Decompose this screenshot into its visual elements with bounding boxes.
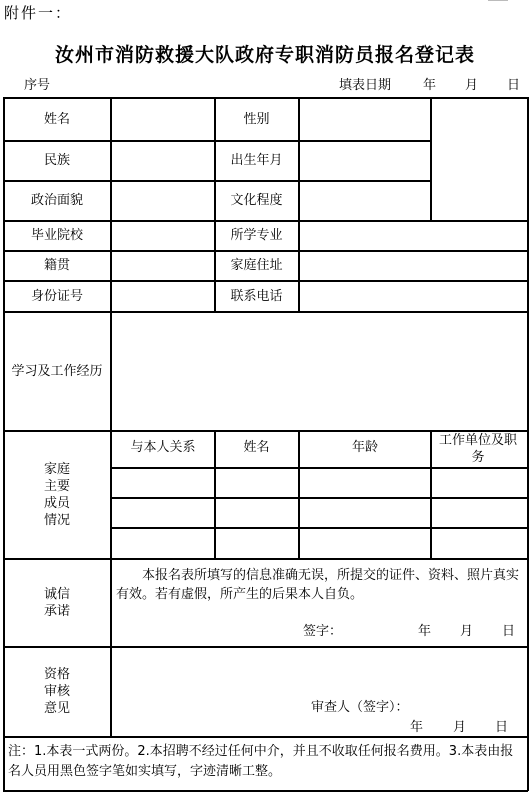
school-field[interactable] [112,221,214,250]
family-row-2-relation[interactable] [112,498,214,527]
experience-field[interactable] [112,312,527,430]
label-address: 家庭住址 [215,251,298,280]
birth-field[interactable] [300,141,430,180]
family-row-1-relation[interactable] [112,468,214,497]
pledge-month: 月 [460,620,473,639]
id-number-field[interactable] [112,281,214,311]
family-col-age: 年龄 [300,431,430,467]
family-label-line: 成员 [44,495,70,512]
family-col-work: 工作单位及职务 [438,431,518,467]
label-experience: 学习及工作经历 [8,312,106,430]
label-education: 文化程度 [215,181,298,220]
family-row-2-work[interactable] [432,498,527,527]
label-name: 姓名 [4,98,110,140]
family-row-2-name[interactable] [215,498,298,527]
family-label-line: 主要 [44,478,70,495]
family-row-1-work[interactable] [432,468,527,497]
reviewer-label: 审查人（签字）： [311,696,409,715]
review-year: 年 [410,716,423,735]
family-col-name: 姓名 [215,431,298,467]
address-field[interactable] [300,251,527,280]
table-border-bottom [3,790,528,792]
family-row-3-work[interactable] [432,528,527,558]
label-phone: 联系电话 [215,281,298,311]
form-title: 汝州市消防救援大队政府专职消防员报名登记表 [0,40,530,67]
table-border-right [527,97,529,791]
family-row-3-age[interactable] [300,528,430,558]
corner-mark [488,0,508,1]
native-place-field[interactable] [112,251,214,280]
fill-date-year: 年 [423,74,436,93]
gender-field[interactable] [300,98,430,140]
major-field[interactable] [300,221,527,250]
label-major: 所学专业 [215,221,298,250]
family-row-1-age[interactable] [300,468,430,497]
family-row-3-relation[interactable] [112,528,214,558]
photo-area[interactable] [432,98,527,220]
review-label-line: 意见 [44,700,70,717]
pledge-year: 年 [418,620,431,639]
label-id-number: 身份证号 [4,281,110,311]
attachment-label: 附件一： [4,2,72,23]
label-family: 家庭 主要 成员 情况 [4,431,110,558]
family-label-line: 家庭 [44,461,70,478]
label-native-place: 籍贯 [4,251,110,280]
pledge-text: 本报名表所填写的信息准确无误，所提交的证件、资料、照片真实有效。若有虚假，所产生… [116,566,522,604]
fill-date-month: 月 [465,74,478,93]
pledge-day: 日 [502,620,515,639]
pledge-sign-label: 签字： [303,620,342,639]
footnote: 注：1.本表一式两份。2.本招聘不经过任何中介，并且不收取任何报名费用。3.本表… [8,742,524,782]
political-field[interactable] [112,181,214,220]
fill-date-day: 日 [507,74,520,93]
label-ethnicity: 民族 [4,141,110,180]
family-row-3-name[interactable] [215,528,298,558]
review-day: 日 [495,716,508,735]
pledge-label-line: 诚信 [44,586,70,603]
name-field[interactable] [112,98,214,140]
pledge-label-line: 承诺 [44,603,70,620]
label-pledge: 诚信 承诺 [4,559,110,646]
family-col-relation: 与本人关系 [112,431,214,467]
family-row-1-name[interactable] [215,468,298,497]
family-label-line: 情况 [44,512,70,529]
label-gender: 性别 [215,98,298,140]
education-field[interactable] [300,181,430,220]
family-row-2-age[interactable] [300,498,430,527]
phone-field[interactable] [300,281,527,311]
label-review: 资格 审核 意见 [4,647,110,736]
review-label-line: 审核 [44,683,70,700]
label-school: 毕业院校 [4,221,110,250]
ethnicity-field[interactable] [112,141,214,180]
fill-date-label: 填表日期 [339,74,391,93]
label-birth: 出生年月 [215,141,298,180]
serial-label: 序号 [24,74,50,93]
label-political: 政治面貌 [4,181,110,220]
row-line [3,736,528,738]
review-label-line: 资格 [44,666,70,683]
review-month: 月 [453,716,466,735]
